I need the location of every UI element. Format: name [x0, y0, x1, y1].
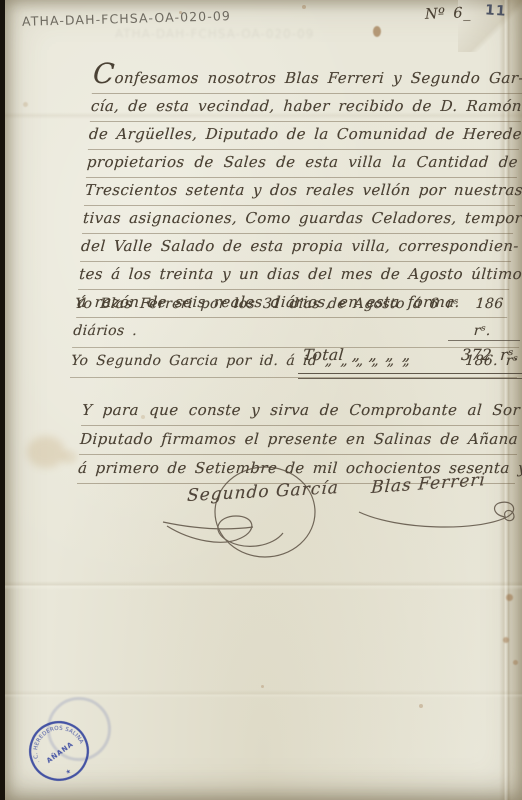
manuscript-line: propietarios de Sales de esta villa la C…	[86, 150, 519, 178]
foxing-spot	[419, 704, 423, 708]
account-row-text: Yo Blas Ferreri por los 31 dias de Agost…	[72, 291, 476, 345]
foxing-blotch	[61, 450, 77, 464]
body-paragraph-1: Confesamos nosotros Blas Ferreri y Segun…	[76, 64, 522, 318]
manuscript-line: Trescientos setenta y dos reales vellón …	[84, 178, 517, 206]
archive-reference-code: ATHA-DAH-FCHSA-OA-020-09	[22, 8, 231, 29]
manuscript-line: cía, de esta vecindad, haber recibido de…	[90, 94, 522, 122]
manuscript-line: Y para que conste y sirva de Comprobante…	[81, 397, 521, 426]
manuscript-line: Confesamos nosotros Blas Ferreri y Segun…	[92, 64, 522, 94]
foxing-blotch	[27, 436, 65, 468]
account-row-value: 186 rˢ.	[473, 291, 522, 345]
stamp-center-text: AÑANA	[44, 739, 75, 765]
foxing-spot	[302, 5, 306, 9]
account-lines: Yo Blas Ferreri por los 31 dias de Agost…	[70, 291, 522, 378]
foxing-spot	[506, 594, 513, 601]
foxing-spot	[261, 685, 264, 688]
folio-number: 11	[484, 2, 507, 19]
stamp-star-icon: ★	[65, 768, 73, 776]
foxing-spot	[503, 637, 509, 643]
manuscript-line: Diputado firmamos el presente en Salinas…	[79, 426, 519, 455]
total-value: 372 rˢ.	[460, 346, 519, 364]
foxing-spot	[373, 26, 381, 37]
foxing-spot	[23, 102, 28, 107]
fold-crease-horizontal-1	[5, 581, 522, 590]
manuscript-line: tes á los treinta y un dias del mes de A…	[78, 262, 511, 290]
total-label: Total „ „ „ „	[302, 346, 411, 364]
manuscript-line: del Valle Salado de esta propia villa, c…	[80, 234, 513, 262]
manuscript-line: tivas asignaciones, Como guardas Celador…	[82, 206, 515, 234]
manuscript-line: de Argüelles, Diputado de la Comunidad d…	[88, 122, 521, 150]
total-line: Total „ „ „ „ 372 rˢ.	[302, 346, 520, 364]
total-double-rule	[298, 373, 522, 379]
archive-code-bleedthrough: ATHA-DAH-FCHSA-OA-020-09	[115, 27, 314, 41]
document-number: Nº 6_	[425, 5, 471, 23]
foxing-spot	[513, 660, 518, 665]
scanned-document: ATHA-DAH-FCHSA-OA-020-09 ATHA-DAH-FCHSA-…	[0, 0, 522, 800]
paper-sheet: ATHA-DAH-FCHSA-OA-020-09 ATHA-DAH-FCHSA-…	[5, 0, 522, 800]
sum-rule	[448, 340, 520, 341]
signature-flourish-blas	[355, 496, 522, 542]
